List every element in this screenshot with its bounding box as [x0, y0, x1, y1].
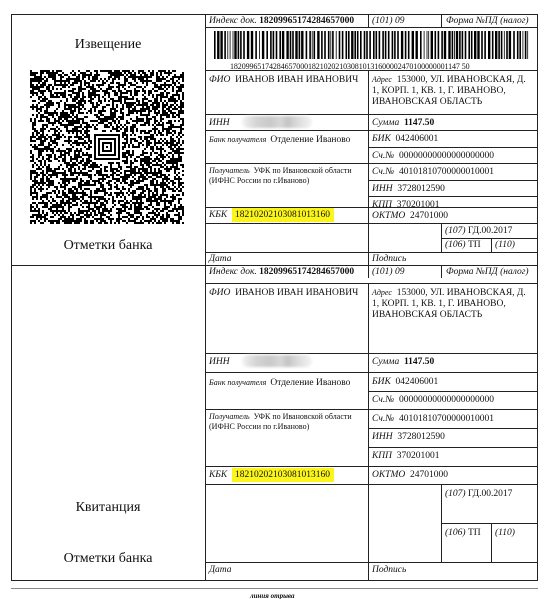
address-line: 153000, УЛ. ИВАНОВСКАЯ, Д.	[397, 75, 526, 85]
kbk-field: КБК 18210202103081013160	[209, 469, 334, 482]
barcode	[214, 31, 530, 59]
bank-account-value: 00000000000000000000	[399, 151, 494, 161]
grid-line	[368, 428, 538, 429]
bank-account-field: Сч.№ 00000000000000000000	[372, 394, 494, 407]
acc-label: Сч.№	[372, 151, 394, 161]
address-field: Адрес 153000, УЛ. ИВАНОВСКАЯ, Д. 1, КОРП…	[372, 287, 526, 321]
signature-label: Подпись	[372, 253, 406, 266]
field-106-value: ТП	[468, 240, 481, 250]
recipient-line: (ИФНС России по г.Иваново)	[209, 176, 309, 185]
inn-label: ИНН	[209, 117, 230, 130]
grid-line	[205, 70, 538, 71]
address-line: 1, КОРП. 1, КВ. 1, Г. ИВАНОВО,	[372, 299, 506, 309]
recipient-inn-label: ИНН	[372, 432, 393, 442]
form-label: Форма №ПД (налог)	[446, 15, 529, 28]
sum-field: Сумма 1147.50	[372, 117, 434, 130]
field-107: (107) ГД.00.2017	[445, 488, 512, 501]
recipient-field: Получатель УФК по Ивановской области(ИФН…	[209, 412, 352, 432]
grid-line	[368, 180, 538, 181]
bik-label: БИК	[372, 377, 391, 387]
grid-line	[368, 70, 369, 253]
recipient-inn-value: 3728012590	[397, 432, 445, 442]
grid-line	[368, 147, 538, 148]
acc-label: Сч.№	[372, 414, 394, 424]
grid-line	[441, 14, 442, 27]
recipient-inn-label: ИНН	[372, 184, 393, 194]
fio-field: ФИО ИВАНОВ ИВАН ИВАНОВИЧ	[209, 287, 358, 300]
recipient-line: УФК по Ивановской области	[254, 412, 352, 421]
bik-field: БИК 042406001	[372, 133, 438, 146]
address-line: ИВАНОВСКАЯ ОБЛАСТЬ	[372, 97, 482, 107]
address-line: 1, КОРП. 1, КВ. 1, Г. ИВАНОВО,	[372, 86, 506, 96]
grid-line	[205, 562, 538, 563]
fio-value: ИВАНОВ ИВАН ИВАНОВИЧ	[235, 288, 358, 298]
kbk-label: КБК	[209, 470, 227, 480]
fio-label: ФИО	[209, 288, 230, 298]
address-label: Адрес	[372, 75, 392, 84]
recipient-inn-value: 3728012590	[397, 184, 445, 194]
inn-label: ИНН	[209, 356, 230, 369]
oktmo-value: 24701000	[410, 211, 448, 221]
recipient-account-value: 40101810700000010001	[399, 167, 494, 177]
sum-label: Сумма	[372, 357, 399, 367]
aztec-qr-code	[30, 70, 184, 224]
grid-line	[368, 14, 369, 27]
field-107-label: (107)	[445, 226, 466, 236]
oktmo-label: ОКТМО	[372, 470, 405, 480]
grid-line	[368, 283, 369, 580]
bank-field: Банк получателя Отделение Иваново	[209, 376, 350, 390]
grid-line	[205, 283, 538, 284]
grid-line	[368, 196, 538, 197]
tear-line-label: линия отрыва	[250, 590, 295, 599]
grid-line	[368, 252, 369, 265]
kpp-label: КПП	[372, 451, 392, 461]
sum-field: Сумма 1147.50	[372, 356, 434, 369]
field-106: (106) ТП	[445, 527, 481, 540]
field-107-value: ГД.00.2017	[468, 226, 512, 236]
index-field: Индекс док. 18209965174284657000	[209, 266, 354, 279]
field-101: (101) 09	[372, 266, 404, 279]
bank-field: Банк получателя Отделение Иваново	[209, 133, 350, 147]
field-110: (110)	[495, 527, 515, 540]
grid-line	[205, 163, 538, 164]
bik-value: 042406001	[396, 377, 439, 387]
date-label: Дата	[209, 564, 232, 577]
date-label: Дата	[209, 253, 232, 266]
fio-field: ФИО ИВАНОВ ИВАН ИВАНОВИЧ	[209, 74, 358, 87]
recipient-account-value: 40101810700000010001	[399, 414, 494, 424]
field-106-value: ТП	[468, 528, 481, 538]
grid-line	[205, 130, 538, 131]
field-107-label: (107)	[445, 489, 466, 499]
form-label: Форма №ПД (налог)	[446, 266, 529, 279]
bank-value: Отделение Иваново	[270, 135, 350, 145]
index-value: 18209965174284657000	[259, 16, 354, 26]
grid-line	[491, 523, 492, 562]
grid-line	[491, 238, 492, 252]
bank-account-value: 00000000000000000000	[399, 395, 494, 405]
recipient-line: УФК по Ивановской области	[254, 166, 352, 175]
inn-redacted	[242, 116, 312, 128]
field-106-label: (106)	[445, 240, 466, 250]
grid-line	[205, 484, 538, 485]
kbk-label: КБК	[209, 210, 227, 220]
recipient-field: Получатель УФК по Ивановской области(ИФН…	[209, 166, 352, 186]
oktmo-field: ОКТМО 24701000	[372, 210, 448, 223]
kpp-value: 370201001	[397, 451, 440, 461]
kbk-field: КБК 18210202103081013160	[209, 209, 334, 222]
oktmo-field: ОКТМО 24701000	[372, 469, 448, 482]
address-field: Адрес 153000, УЛ. ИВАНОВСКАЯ, Д. 1, КОРП…	[372, 74, 526, 108]
kpp-label: КПП	[372, 200, 392, 210]
recipient-label: Получатель	[209, 412, 250, 421]
grid-line	[205, 466, 538, 467]
grid-line	[441, 523, 538, 524]
index-label: Индекс док.	[209, 267, 257, 277]
inn-redacted	[242, 355, 312, 367]
field-106-label: (106)	[445, 528, 466, 538]
bik-value: 042406001	[396, 134, 439, 144]
grid-line	[205, 223, 538, 224]
barcode-text: 1820996517428465700018210202103081013160…	[230, 60, 470, 73]
bik-label: БИК	[372, 134, 391, 144]
receipt-title: Квитанция	[11, 500, 205, 516]
oktmo-label: ОКТМО	[372, 211, 405, 221]
acc-label: Сч.№	[372, 167, 394, 177]
recipient-inn-field: ИНН 3728012590	[372, 431, 445, 444]
grid-line	[205, 409, 538, 410]
address-line: ИВАНОВСКАЯ ОБЛАСТЬ	[372, 310, 482, 320]
sum-value: 1147.50	[404, 118, 434, 128]
kpp-field: КПП 370201001	[372, 450, 440, 463]
grid-line	[205, 372, 538, 373]
tear-line	[11, 588, 538, 589]
index-value: 18209965174284657000	[259, 267, 354, 277]
field-110: (110)	[495, 239, 515, 252]
notice-title: Извещение	[11, 37, 205, 53]
field-106: (106) ТП	[445, 239, 481, 252]
kbk-value: 18210202103081013160	[232, 208, 334, 222]
address-label: Адрес	[372, 288, 392, 297]
recipient-inn-field: ИНН 3728012590	[372, 183, 445, 196]
grid-line	[368, 447, 538, 448]
field-101: (101) 09	[372, 15, 404, 28]
bik-field: БИК 042406001	[372, 376, 438, 389]
bank-account-field: Сч.№ 00000000000000000000	[372, 150, 494, 163]
bank-label: Банк получателя	[209, 378, 266, 387]
kbk-value: 18210202103081013160	[232, 468, 334, 482]
kpp-value: 370201001	[397, 200, 440, 210]
fio-label: ФИО	[209, 75, 230, 85]
bank-label: Банк получателя	[209, 135, 266, 144]
grid-line	[368, 265, 369, 278]
grid-line	[205, 114, 538, 115]
sum-value: 1147.50	[404, 357, 434, 367]
sum-label: Сумма	[372, 118, 399, 128]
acc-label: Сч.№	[372, 395, 394, 405]
recipient-account-field: Сч.№ 40101810700000010001	[372, 166, 494, 179]
bank-value: Отделение Иваново	[270, 378, 350, 388]
index-label: Индекс док.	[209, 16, 257, 26]
left-column-divider	[205, 14, 206, 581]
oktmo-value: 24701000	[410, 470, 448, 480]
notice-bank-marks: Отметки банка	[11, 238, 205, 254]
signature-label: Подпись	[372, 564, 406, 577]
recipient-label: Получатель	[209, 166, 250, 175]
grid-line	[205, 353, 538, 354]
address-line: 153000, УЛ. ИВАНОВСКАЯ, Д.	[397, 288, 526, 298]
field-107-value: ГД.00.2017	[468, 489, 512, 499]
receipt-bank-marks: Отметки банка	[11, 551, 205, 567]
recipient-account-field: Сч.№ 40101810700000010001	[372, 413, 494, 426]
recipient-line: (ИФНС России по г.Иваново)	[209, 422, 309, 431]
index-field: Индекс док. 18209965174284657000	[209, 15, 354, 28]
field-107: (107) ГД.00.2017	[445, 225, 512, 238]
fio-value: ИВАНОВ ИВАН ИВАНОВИЧ	[235, 75, 358, 85]
grid-line	[368, 391, 538, 392]
grid-line	[441, 265, 442, 278]
